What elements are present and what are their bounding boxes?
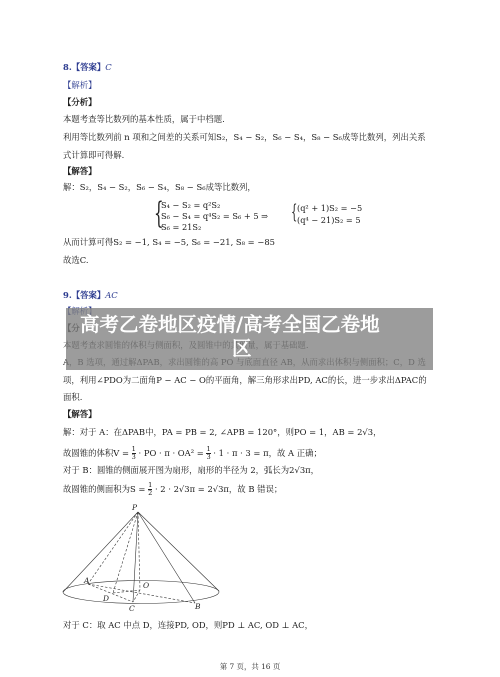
label-P: P	[131, 503, 138, 512]
cone-right-generatrix	[138, 512, 219, 591]
segment-PA	[88, 512, 138, 584]
segment-PO	[138, 512, 140, 590]
overlay-banner-title-line-2: 区	[232, 338, 252, 360]
label-A: A	[83, 576, 90, 585]
overlay-banner-title-line-1: 高考乙卷地区疫情/高考全国乙卷地	[80, 311, 420, 338]
q9-jieda-line-5: 对于 C：取 AC 中点 D，连接PD, OD，则PD ⊥ AC, OD ⊥ A…	[63, 620, 313, 631]
label-C: C	[129, 604, 135, 613]
label-D: D	[102, 594, 109, 603]
page-footer: 第 7 页，共 16 页	[0, 661, 500, 672]
segment-AC	[88, 584, 133, 602]
label-O: O	[143, 581, 149, 590]
label-B: B	[194, 602, 201, 611]
segment-OC	[133, 590, 140, 602]
cone-left-generatrix	[63, 512, 138, 592]
